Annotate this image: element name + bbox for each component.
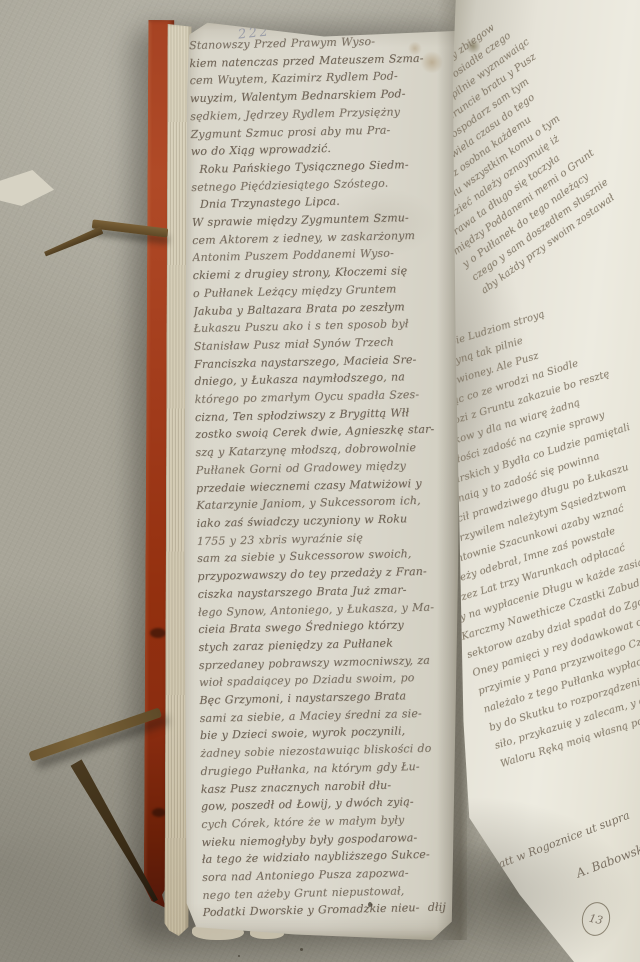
left-page: 222 Stanowszy Przed Prawym Wyso-kiem nat… (182, 20, 466, 940)
debris-speck (368, 902, 372, 907)
manuscript-text-left: Stanowszy Przed Prawym Wyso-kiem natencz… (189, 31, 469, 935)
photo-of-open-manuscript-book: 222 Stanowszy Przed Prawym Wyso-kiem nat… (0, 0, 640, 962)
leather-tie-top-tip (43, 226, 103, 258)
cover-edge-crack (152, 808, 166, 817)
cover-edge-crack (150, 628, 166, 638)
debris-speck (238, 955, 240, 957)
debris-speck (300, 948, 303, 951)
right-page-turning: ták wyznaie z Gruntu y zbiegowsprawuiąc … (446, 0, 640, 962)
cover-corner-scrap (0, 170, 54, 206)
